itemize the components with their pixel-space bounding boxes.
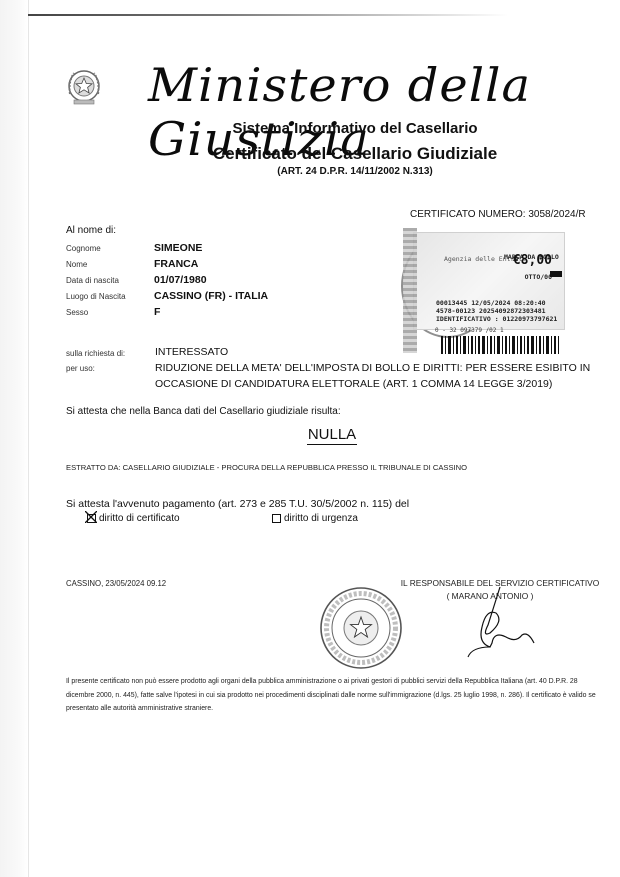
- field-value: F: [154, 306, 160, 318]
- field-label: Nome: [66, 260, 87, 269]
- italian-republic-emblem-icon: [64, 64, 104, 108]
- field-value: CASSINO (FR) - ITALIA: [154, 290, 268, 302]
- barcode-number: 0 - 32 097379 /02 1: [435, 327, 504, 334]
- office-seal-icon: [318, 585, 404, 671]
- option-certificate-fee: diritto di certificato: [87, 513, 180, 524]
- field-value: SIMEONE: [154, 242, 202, 254]
- footer-note: Il presente certificato non può essere p…: [66, 675, 596, 716]
- stamp-security-strip: [403, 228, 417, 353]
- stamp-amount: €8,00: [513, 253, 552, 268]
- stamp-paper: MARCA DA BOLLO Agenzia delle Entrate €8,…: [413, 232, 565, 330]
- field-label: Luogo di Nascita: [66, 292, 126, 301]
- field-value: 01/07/1980: [154, 274, 207, 286]
- use-value: RIDUZIONE DELLA META' DELL'IMPOSTA DI BO…: [155, 360, 595, 392]
- scan-top-edge: [28, 14, 508, 16]
- certificate-number-label: CERTIFICATO NUMERO:: [410, 209, 526, 220]
- field-label: Data di nascita: [66, 276, 119, 285]
- attest-statement: Si attesta che nella Banca dati del Case…: [66, 406, 341, 417]
- use-label: per uso:: [66, 364, 95, 373]
- certificate-number: CERTIFICATO NUMERO: 3058/2024/R: [410, 209, 586, 220]
- law-reference: (ART. 24 D.P.R. 14/11/2002 N.313): [0, 166, 620, 177]
- place-date: CASSINO, 23/05/2024 09.12: [66, 579, 166, 588]
- option-label: diritto di urgenza: [284, 513, 358, 524]
- extracted-from: ESTRATTO DA: CASELLARIO GIUDIZIALE - PRO…: [66, 463, 467, 472]
- signature-icon: [460, 585, 540, 665]
- certificate-number-value: 3058/2024/R: [528, 209, 585, 220]
- subject-heading: Al nome di:: [66, 225, 116, 236]
- document-title: Certificato del Casellario Giudiziale: [0, 144, 620, 164]
- barcode-icon: [441, 336, 561, 354]
- stamp-code: OTTO/00: [525, 273, 552, 281]
- stamp-black-mark: [550, 271, 562, 277]
- result-value: NULLA: [307, 426, 357, 445]
- result: NULLA: [0, 426, 620, 443]
- checkbox-checked-icon: [87, 514, 96, 523]
- field-value: FRANCA: [154, 258, 198, 270]
- option-label: diritto di certificato: [99, 513, 180, 524]
- field-label: Cognome: [66, 244, 101, 253]
- checkbox-unchecked-icon: [272, 514, 281, 523]
- field-label: Sesso: [66, 308, 88, 317]
- revenue-stamp: REPUBBLICA MARCA DA BOLLO Agenzia delle …: [395, 228, 575, 358]
- stamp-line: IDENTIFICATIVO : 01220973797621: [436, 315, 557, 323]
- system-name: Sistema Informativo del Casellario: [0, 120, 620, 137]
- option-urgency-fee: diritto di urgenza: [272, 513, 358, 524]
- requested-by-label: sulla richiesta di:: [66, 349, 125, 358]
- stamp-line: 4578-00123 20254092872303481: [436, 307, 546, 315]
- payment-statement: Si attesta l'avvenuto pagamento (art. 27…: [66, 498, 409, 510]
- requested-by-value: INTERESSATO: [155, 346, 228, 358]
- stamp-line: 00013445 12/05/2024 08:20:40: [436, 299, 546, 307]
